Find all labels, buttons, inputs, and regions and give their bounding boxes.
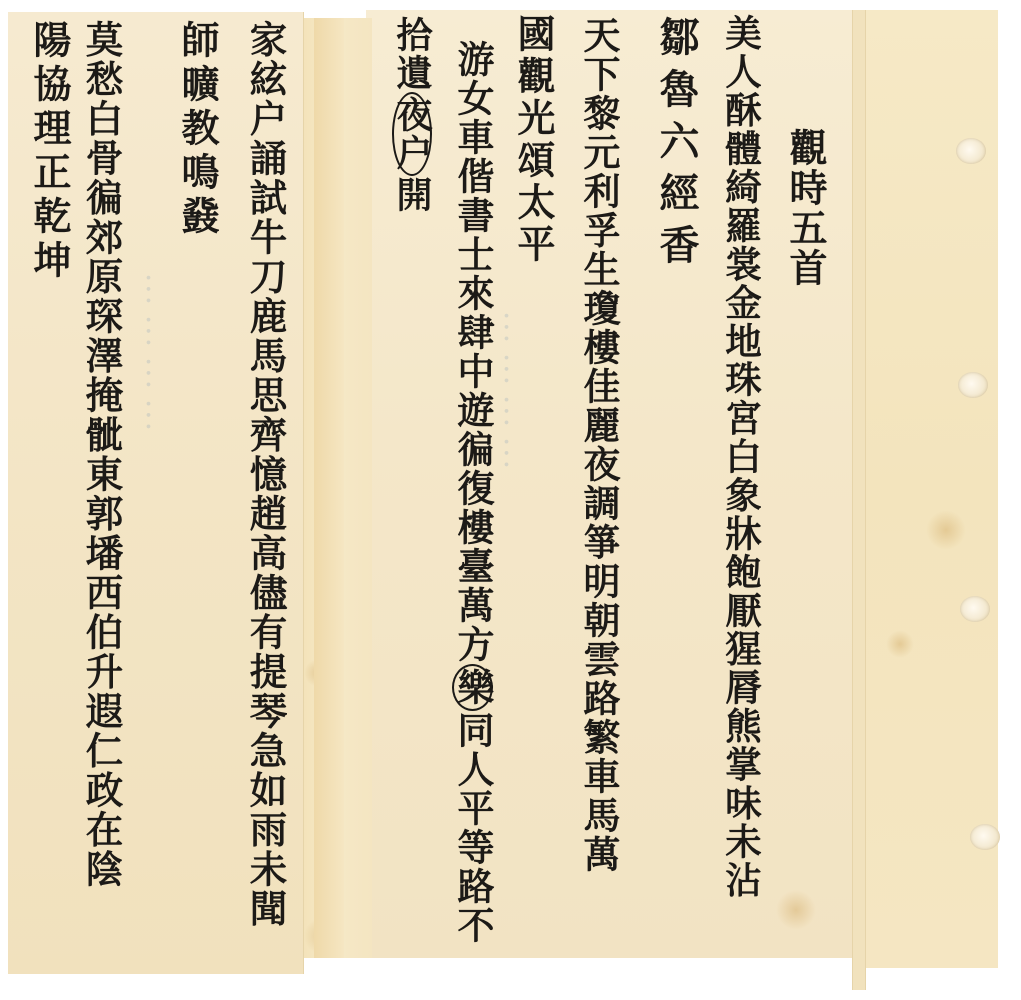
column-7-text-after: 開 [391, 176, 433, 214]
paper-stain [776, 890, 816, 930]
column-10: 莫愁白骨徧郊原琛澤掩骴東郭墦西伯升遐仁政在陰 [82, 20, 120, 889]
column-6-text-after: 同人平等路不 [451, 711, 495, 945]
column-9: 師曠教鳴鼗 [178, 20, 216, 240]
backing-sheet-right [866, 10, 998, 968]
paper-seam [852, 10, 866, 990]
paper-stain [926, 510, 966, 550]
paper-stain [886, 630, 914, 658]
middle-strip-fold [314, 18, 344, 958]
punch-hole [958, 372, 988, 398]
column-1-title: 觀時五首 [786, 128, 824, 288]
column-5: 國觀光頌太平 [514, 14, 552, 266]
column-4: 天下黎元利孚生瓊樓佳麗夜調箏明朝雲路繁車馬萬 [580, 16, 617, 874]
circled-characters: 夜户 [392, 92, 432, 176]
circled-character: 樂 [452, 664, 493, 711]
column-6-text-before: 游女車偕書士來肆中遊徧復樓臺萬方 [451, 40, 495, 664]
column-7-text-before: 拾遺 [391, 16, 433, 92]
column-11: 陽協理正乾坤 [30, 20, 68, 284]
column-7: 拾遺夜户開 [392, 16, 432, 214]
punch-hole [960, 596, 990, 622]
punch-hole [956, 138, 986, 164]
punch-hole [970, 824, 1000, 850]
column-3: 鄒魯六經香 [656, 16, 696, 276]
faint-bleed-through-text: ︙︙︙︙ [128, 272, 162, 872]
column-6: 游女車偕書士來肆中遊徧復樓臺萬方樂同人平等路不 [452, 40, 493, 945]
column-8: 家絃户誦試牛刀鹿馬思齊憶趙高儘有提琴急如雨未聞 [246, 20, 284, 929]
column-2: 美人酥體綺羅裳金地珠宮白象牀飽厭猩脣熊掌味未沾 [722, 14, 759, 900]
